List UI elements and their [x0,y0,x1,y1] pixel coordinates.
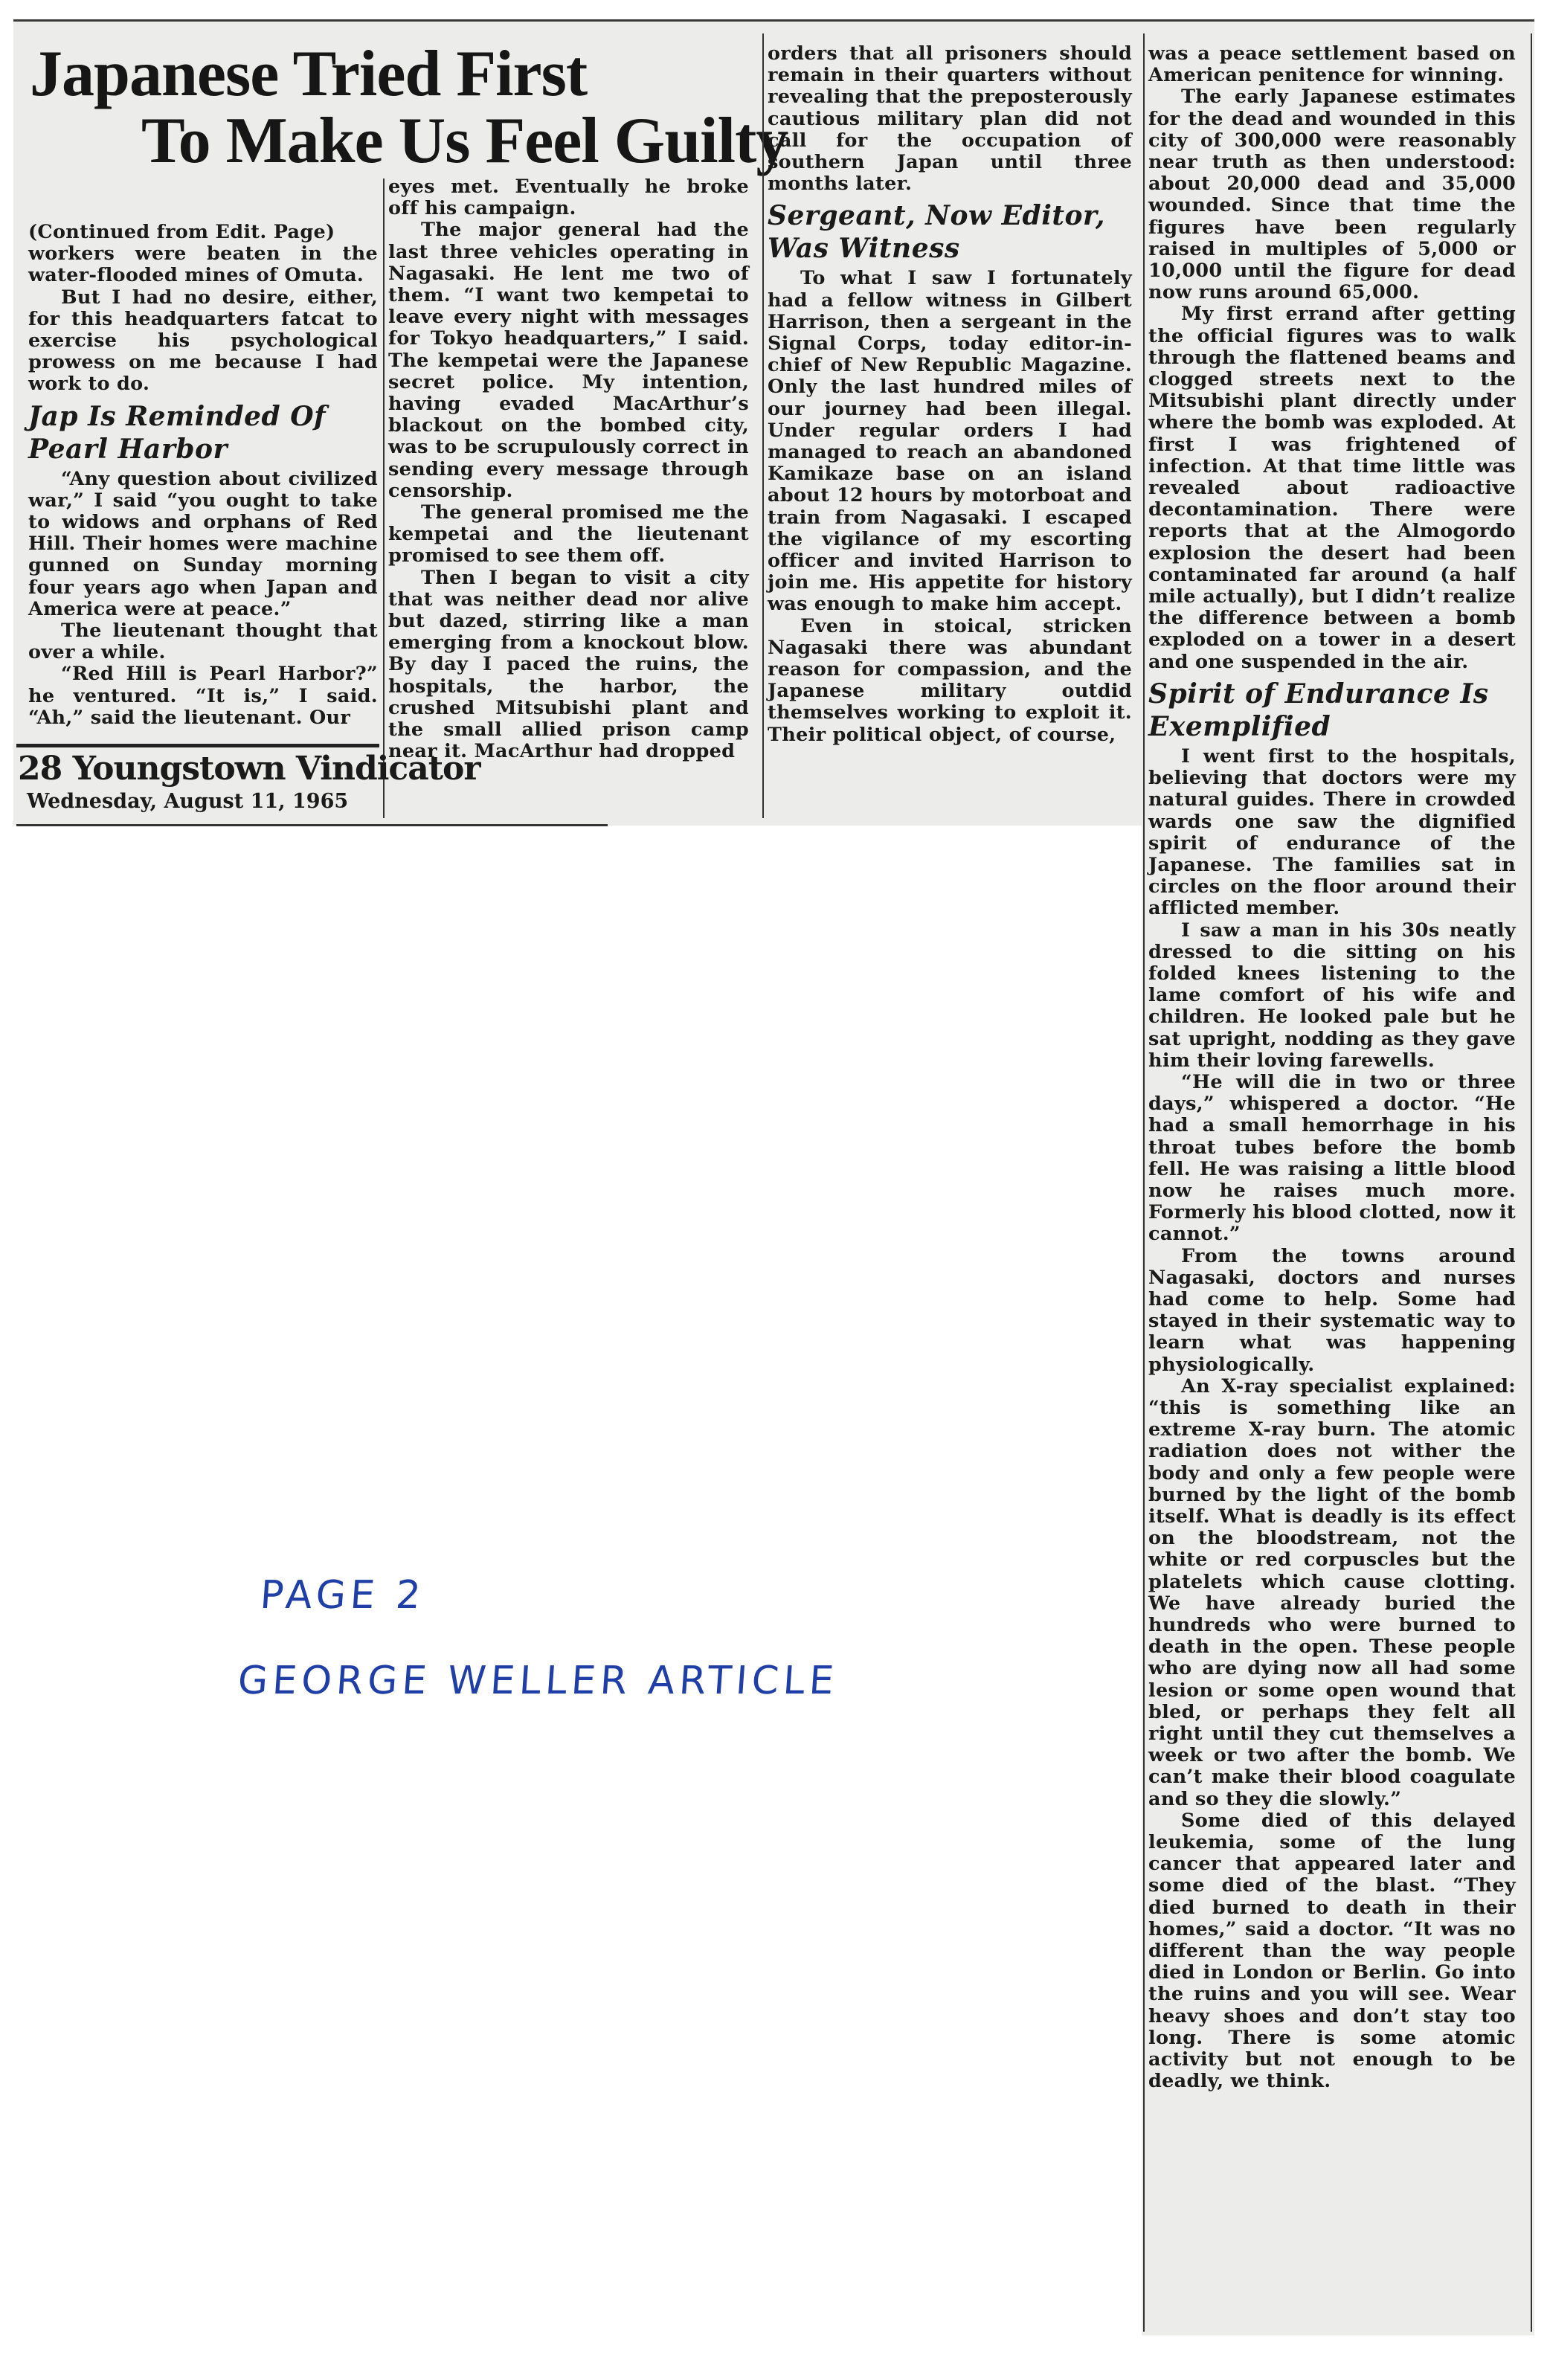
handwritten-page-label: PAGE 2 [259,1573,427,1618]
article-paragraph: orders that all prisoners should remain … [768,43,1132,195]
article-paragraph: The major general had the last three veh… [388,219,749,502]
article-paragraph: was a peace settlement based on American… [1148,43,1516,86]
article-paragraph: Some died of this delayed leukemia, some… [1148,1810,1516,2093]
column-divider-3 [1143,33,1145,2332]
bottom-rule [16,824,608,826]
top-rule [13,19,1534,22]
article-paragraph: workers were beaten in the water-flooded… [28,243,378,286]
article-column-2: eyes met. Eventually he broke off his ca… [388,176,749,762]
article-paragraph: “He will die in two or three days,” whis… [1148,1072,1516,1246]
article-paragraph: The general promised me the kempetai and… [388,502,749,567]
article-paragraph: My first errand after getting the offici… [1148,303,1516,672]
article-paragraph: From the towns around Nagasaki, doctors … [1148,1246,1516,1376]
column-divider-right [1531,33,1532,2332]
article-column-4: was a peace settlement based on American… [1148,43,1516,2092]
article-paragraph: eyes met. Eventually he broke off his ca… [388,176,749,219]
headline-line-2: To Make Us Feel Guilty [141,106,788,177]
article-paragraph: But I had no desire, either, for this he… [28,287,378,396]
article-paragraph: I went first to the hospitals, believing… [1148,746,1516,920]
section-subhead: Spirit of Endurance Is Exemplified [1148,678,1516,743]
headline-line-1: Japanese Tried First [30,39,587,110]
article-column-3: orders that all prisoners should remain … [768,43,1132,746]
column-divider-1 [383,178,385,818]
paper-name: Youngstown Vindicator [73,750,480,788]
masthead-rule [16,744,379,747]
article-paragraph: The lieutenant thought that over a while… [28,620,378,663]
article-paragraph: I saw a man in his 30s neatly dressed to… [1148,920,1516,1072]
article-paragraph: To what I saw I fortunately had a fellow… [768,268,1132,615]
article-column-1: (Continued from Edit. Page)workers were … [28,222,378,729]
handwritten-article-label: GEORGE WELLER ARTICLE [237,1659,840,1703]
section-subhead: Jap Is Reminded Of Pearl Harbor [28,400,378,466]
dateline: Wednesday, August 11, 1965 [27,790,348,813]
article-paragraph: The early Japanese estimates for the dea… [1148,86,1516,303]
article-paragraph: Even in stoical, stricken Nagasaki there… [768,616,1132,746]
article-paragraph: Then I began to visit a city that was ne… [388,567,749,763]
article-paragraph: “Red Hill is Pearl Harbor?” he ventured.… [28,663,378,729]
page-number: 28 [18,750,62,788]
column-divider-2 [762,33,764,818]
article-paragraph: (Continued from Edit. Page) [28,222,378,243]
masthead: 28 Youngstown Vindicator [18,751,381,787]
article-paragraph: An X-ray specialist explained: “this is … [1148,1376,1516,1810]
section-subhead: Sergeant, Now Editor, Was Witness [768,199,1132,265]
article-paragraph: “Any question about civilized war,” I sa… [28,469,378,620]
